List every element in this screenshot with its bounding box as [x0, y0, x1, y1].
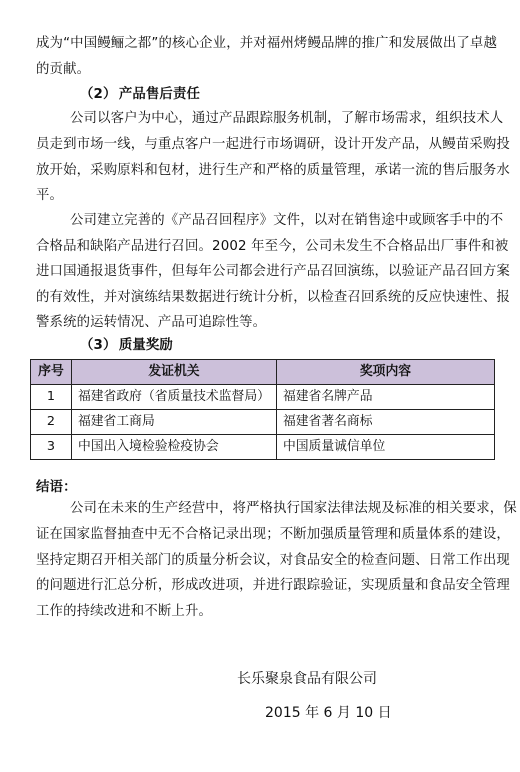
cell-award: 福建省名牌产品	[276, 385, 494, 410]
section-heading-after-sales: （2） 产品售后责任	[80, 87, 200, 103]
table-header-row: 序号 发证机关 奖项内容	[31, 360, 495, 385]
table-row: 1 福建省政府（省质量技术监督局） 福建省名牌产品	[31, 385, 495, 410]
conclusion-label: 结语：	[36, 480, 77, 496]
paragraph-line: 公司建立完善的《产品召回程序》文件，以对在销售途中或顾客手中的不	[70, 213, 503, 229]
paragraph-line: 警系统的运转情况、产品可追踪性等。	[36, 315, 266, 331]
header-award: 奖项内容	[276, 360, 494, 385]
paragraph-line: 进口国通报退货事件，但每年公司都会进行产品召回演练，以验证产品召回方案	[36, 264, 510, 280]
cell-award: 中国质量诚信单位	[276, 435, 494, 460]
paragraph-line: 合格品和缺陷产品进行召回。2002 年至今，公司未发生不合格品出厂事件和被	[36, 239, 508, 255]
conclusion-line: 公司在未来的生产经营中，将严格执行国家法律法规及标准的相关要求，保	[70, 501, 517, 517]
cell-issuer: 中国出入境检验检疫协会	[71, 435, 276, 460]
awards-table: 序号 发证机关 奖项内容 1 福建省政府（省质量技术监督局） 福建省名牌产品 2…	[30, 359, 495, 460]
conclusion-line: 证在国家监督抽查中无不合格记录出现；不断加强质量管理和质量体系的建设，	[36, 527, 510, 543]
document-page: 成为“中国鳗鲡之都”的核心企业，并对福州烤鳗品牌的推广和发展做出了卓越 的贡献。…	[0, 0, 520, 772]
section-number: （3）	[80, 338, 114, 354]
cell-issuer: 福建省工商局	[71, 410, 276, 435]
cell-award: 福建省著名商标	[276, 410, 494, 435]
conclusion-line: 坚持定期召开相关部门的质量分析会议，对食品安全的检查问题、日常工作出现	[36, 553, 510, 569]
header-issuer: 发证机关	[71, 360, 276, 385]
intro-line: 的贡献。	[36, 62, 90, 78]
paragraph-line: 平。	[36, 188, 63, 204]
section-title: 产品售后责任	[119, 87, 200, 102]
table-row: 2 福建省工商局 福建省著名商标	[31, 410, 495, 435]
conclusion-line: 的问题进行汇总分析，形成改进项，并进行跟踪验证，实现质量和食品安全管理	[36, 578, 510, 594]
signature-company: 长乐聚泉食品有限公司	[237, 668, 377, 688]
cell-issuer: 福建省政府（省质量技术监督局）	[71, 385, 276, 410]
paragraph-line: 员走到市场一线，与重点客户一起进行市场调研，设计开发产品，从鳗苗采购投	[36, 137, 510, 153]
conclusion-line: 工作的持续改进和不断上升。	[36, 604, 212, 620]
paragraph-line: 放开始，采购原料和包材，进行生产和严格的质量管理，承诺一流的售后服务水	[36, 163, 510, 179]
table-row: 3 中国出入境检验检疫协会 中国质量诚信单位	[31, 435, 495, 460]
section-number: （2）	[80, 87, 114, 103]
cell-index: 3	[31, 435, 72, 460]
section-heading-quality-awards: （3） 质量奖励	[80, 338, 173, 354]
header-index: 序号	[31, 360, 72, 385]
signature-date: 2015 年 6 月 10 日	[265, 702, 392, 722]
section-title: 质量奖励	[119, 338, 173, 353]
cell-index: 1	[31, 385, 72, 410]
paragraph-line: 的有效性，并对演练结果数据进行统计分析，以检查召回系统的反应快速性、报	[36, 290, 510, 306]
paragraph-line: 公司以客户为中心，通过产品跟踪服务机制，了解市场需求，组织技术人	[70, 111, 503, 127]
cell-index: 2	[31, 410, 72, 435]
intro-line: 成为“中国鳗鲡之都”的核心企业，并对福州烤鳗品牌的推广和发展做出了卓越	[36, 36, 497, 52]
